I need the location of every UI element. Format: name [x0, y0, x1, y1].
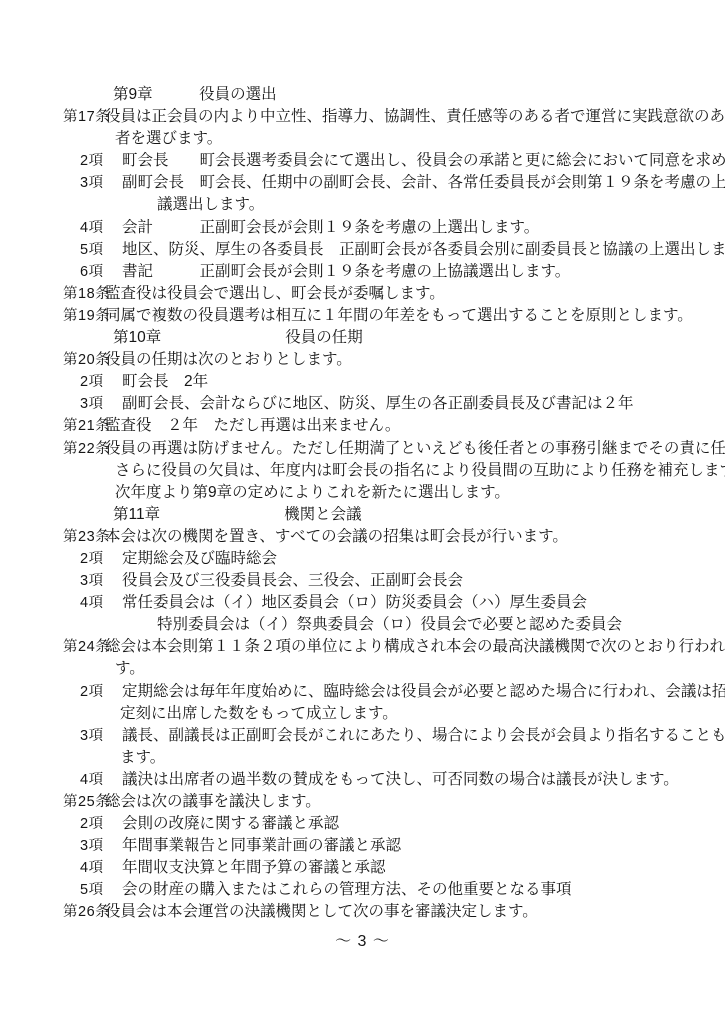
line-text: 次年度より第9章の定めによりこれを新たに選出します。: [115, 484, 510, 501]
article-line: 第26条役員会は本会運営の決議機関として次の事を審議決定します。: [0, 901, 725, 923]
article-line: 第25条総会は次の議事を議決します。: [0, 791, 725, 813]
clause-number: 第18条: [63, 283, 105, 305]
item-line: 4項年間収支決算と年間予算の審議と承認: [0, 857, 725, 879]
clause-number: 2項: [80, 813, 122, 835]
chapter-heading: 第10章 役員の任期: [0, 327, 725, 349]
article-continuation-line: さらに役員の欠員は、年度内は町会長の指名により役員間の互助により任務を補充します…: [0, 460, 725, 482]
clause-number: 4項: [80, 769, 122, 791]
line-text: 定期総会及び臨時総会: [122, 550, 277, 567]
clause-number: 3項: [80, 393, 122, 415]
line-text: 本会は次の機関を置き、すべての会議の招集は町会長が行います。: [105, 528, 568, 545]
clause-number: 3項: [80, 835, 122, 857]
item-label-continuation-line: 特別委員会は（イ）祭典委員会（ロ）役員会で必要と認めた委員会: [0, 614, 725, 636]
article-line: 第21条監査役 ２年 ただし再選は出来ません。: [0, 415, 725, 437]
chapter-title-text: 第9章 役員の選出: [113, 86, 277, 103]
article-line: 第19条同属で複数の役員選考は相互に１年間の年差をもって選出することを原則としま…: [0, 305, 725, 327]
clause-number: 4項: [80, 857, 122, 879]
item-line: 2項定期総会は毎年年度始めに、臨時総会は役員会が必要と認めた場合に行われ、会議は…: [0, 681, 725, 703]
clause-number: 第23条: [63, 526, 105, 548]
clause-number: 2項: [80, 371, 122, 393]
line-text: 町会長 町会長選考委員会にて選出し、役員会の承諾と更に総会において同意を求めます…: [122, 152, 725, 169]
item-line: 3項副町会長、会計ならびに地区、防災、厚生の各正副委員長及び書記は２年: [0, 393, 725, 415]
line-text: 議決は出席者の過半数の賛成をもって決し、可否同数の場合は議長が決します。: [122, 771, 679, 788]
line-text: ます。: [120, 749, 165, 766]
item-line: 2項町会長 2年: [0, 371, 725, 393]
clause-number: 2項: [80, 681, 122, 703]
line-text: 監査役は役員会で選出し、町会長が委嘱します。: [105, 285, 445, 302]
article-line: 第17条役員は正会員の内より中立性、指導力、協調性、責任感等のある者で運営に実践…: [0, 106, 725, 128]
line-text: 総会は次の議事を議決します。: [105, 793, 321, 810]
clause-number: 第20条: [63, 349, 105, 371]
line-text: 書記 正副町会長が会則１９条を考慮の上協議選出します。: [122, 263, 570, 280]
line-text: 役員会及び三役委員長会、三役会、正副町会長会: [122, 572, 463, 589]
document-lines: 第9章 役員の選出第17条役員は正会員の内より中立性、指導力、協調性、責任感等の…: [0, 0, 725, 924]
clause-number: 6項: [80, 261, 122, 283]
line-text: 会の財産の購入またはこれらの管理方法、その他重要となる事項: [122, 881, 572, 898]
clause-number: 3項: [80, 570, 122, 592]
line-text: 役員の任期は次のとおりとします。: [105, 351, 352, 368]
clause-number: 4項: [80, 592, 122, 614]
line-text: 定期総会は毎年年度始めに、臨時総会は役員会が必要と認めた場合に行われ、会議は招集…: [122, 683, 725, 700]
item-continuation-line: ます。: [0, 747, 725, 769]
line-text: さらに役員の欠員は、年度内は町会長の指名により役員間の互助により任務を補充します…: [115, 462, 725, 479]
line-text: 議選出します。: [157, 196, 264, 213]
line-text: 同属で複数の役員選考は相互に１年間の年差をもって選出することを原則とします。: [105, 307, 693, 324]
line-text: 常任委員会は（イ）地区委員会（ロ）防災委員会（ハ）厚生委員会: [122, 594, 587, 611]
article-line: 第24条総会は本会則第１１条２項の単位により構成され本会の最高決議機関で次のとお…: [0, 636, 725, 658]
line-text: 定刻に出席した数をもって成立します。: [120, 705, 398, 722]
line-text: 監査役 ２年 ただし再選は出来ません。: [105, 417, 400, 434]
page-number: ～ 3 ～: [0, 931, 725, 953]
line-text: 年間事業報告と同事業計画の審議と承認: [122, 837, 401, 854]
line-text: 会計 正副町会長が会則１９条を考慮の上選出します。: [122, 219, 539, 236]
clause-number: 5項: [80, 239, 122, 261]
article-line: 第20条役員の任期は次のとおりとします。: [0, 349, 725, 371]
line-text: 役員は正会員の内より中立性、指導力、協調性、責任感等のある者で運営に実践意欲のあ…: [105, 108, 725, 125]
line-text: 会則の改廃に関する審議と承認: [122, 815, 339, 832]
article-continuation-line: 者を選びます。: [0, 128, 725, 150]
item-line: 5項会の財産の購入またはこれらの管理方法、その他重要となる事項: [0, 879, 725, 901]
line-text: 特別委員会は（イ）祭典委員会（ロ）役員会で必要と認めた委員会: [157, 616, 622, 633]
item-line: 4項議決は出席者の過半数の賛成をもって決し、可否同数の場合は議長が決します。: [0, 769, 725, 791]
line-text: す。: [115, 660, 145, 677]
document-page: 第9章 役員の選出第17条役員は正会員の内より中立性、指導力、協調性、責任感等の…: [0, 0, 725, 1024]
line-text: 議長、副議長は正副町会長がこれにあたり、場合により会長が会員より指名することもで…: [122, 727, 725, 744]
clause-number: 第26条: [63, 901, 105, 923]
article-continuation-line: す。: [0, 658, 725, 680]
clause-number: 第21条: [63, 415, 105, 437]
clause-number: 第24条: [63, 636, 105, 658]
line-text: 役員会は本会運営の決議機関として次の事を審議決定します。: [105, 903, 538, 920]
clause-number: 第19条: [63, 305, 105, 327]
item-line: 5項地区、防災、厚生の各委員長 正副町会長が各委員会別に副委員長と協議の上選出し…: [0, 239, 725, 261]
chapter-heading: 第9章 役員の選出: [0, 84, 725, 106]
item-line: 3項役員会及び三役委員長会、三役会、正副町会長会: [0, 570, 725, 592]
clause-number: 第25条: [63, 791, 105, 813]
article-line: 第18条監査役は役員会で選出し、町会長が委嘱します。: [0, 283, 725, 305]
item-line: 2項定期総会及び臨時総会: [0, 548, 725, 570]
item-continuation-line: 定刻に出席した数をもって成立します。: [0, 703, 725, 725]
chapter-title-text: 第10章 役員の任期: [113, 329, 363, 346]
item-label-continuation-line: 議選出します。: [0, 194, 725, 216]
clause-number: 4項: [80, 217, 122, 239]
clause-number: 2項: [80, 150, 122, 172]
clause-number: 2項: [80, 548, 122, 570]
line-text: 副町会長、会計ならびに地区、防災、厚生の各正副委員長及び書記は２年: [122, 395, 634, 412]
clause-number: 3項: [80, 172, 122, 194]
chapter-heading: 第11章 機関と会議: [0, 504, 725, 526]
article-line: 第22条役員の再選は防げません。ただし任期満了といえども後任者との事務引継までそ…: [0, 438, 725, 460]
clause-number: 3項: [80, 725, 122, 747]
article-line: 第23条本会は次の機関を置き、すべての会議の招集は町会長が行います。: [0, 526, 725, 548]
line-text: 総会は本会則第１１条２項の単位により構成され本会の最高決議機関で次のとおり行われ…: [105, 638, 725, 655]
line-text: 副町会長 町会長、任期中の副町会長、会計、各常任委員長が会則第１９条を考慮の上、…: [122, 174, 725, 191]
item-line: 4項常任委員会は（イ）地区委員会（ロ）防災委員会（ハ）厚生委員会: [0, 592, 725, 614]
item-line: 3項年間事業報告と同事業計画の審議と承認: [0, 835, 725, 857]
line-text: 年間収支決算と年間予算の審議と承認: [122, 859, 386, 876]
item-line: 6項書記 正副町会長が会則１９条を考慮の上協議選出します。: [0, 261, 725, 283]
item-line: 2項会則の改廃に関する審議と承認: [0, 813, 725, 835]
item-line: 2項町会長 町会長選考委員会にて選出し、役員会の承諾と更に総会において同意を求め…: [0, 150, 725, 172]
line-text: 地区、防災、厚生の各委員長 正副町会長が各委員会別に副委員長と協議の上選出します…: [122, 241, 725, 258]
line-text: 者を選びます。: [115, 130, 222, 147]
line-text: 町会長 2年: [122, 373, 208, 390]
clause-number: 第22条: [63, 438, 105, 460]
item-line: 3項議長、副議長は正副町会長がこれにあたり、場合により会長が会員より指名すること…: [0, 725, 725, 747]
clause-number: 5項: [80, 879, 122, 901]
line-text: 役員の再選は防げません。ただし任期満了といえども後任者との事務引継までその責に任…: [105, 440, 725, 457]
clause-number: 第17条: [63, 106, 105, 128]
item-line: 3項副町会長 町会長、任期中の副町会長、会計、各常任委員長が会則第１９条を考慮の…: [0, 172, 725, 194]
article-continuation-line: 次年度より第9章の定めによりこれを新たに選出します。: [0, 482, 725, 504]
item-line: 4項会計 正副町会長が会則１９条を考慮の上選出します。: [0, 217, 725, 239]
chapter-title-text: 第11章 機関と会議: [113, 506, 362, 523]
